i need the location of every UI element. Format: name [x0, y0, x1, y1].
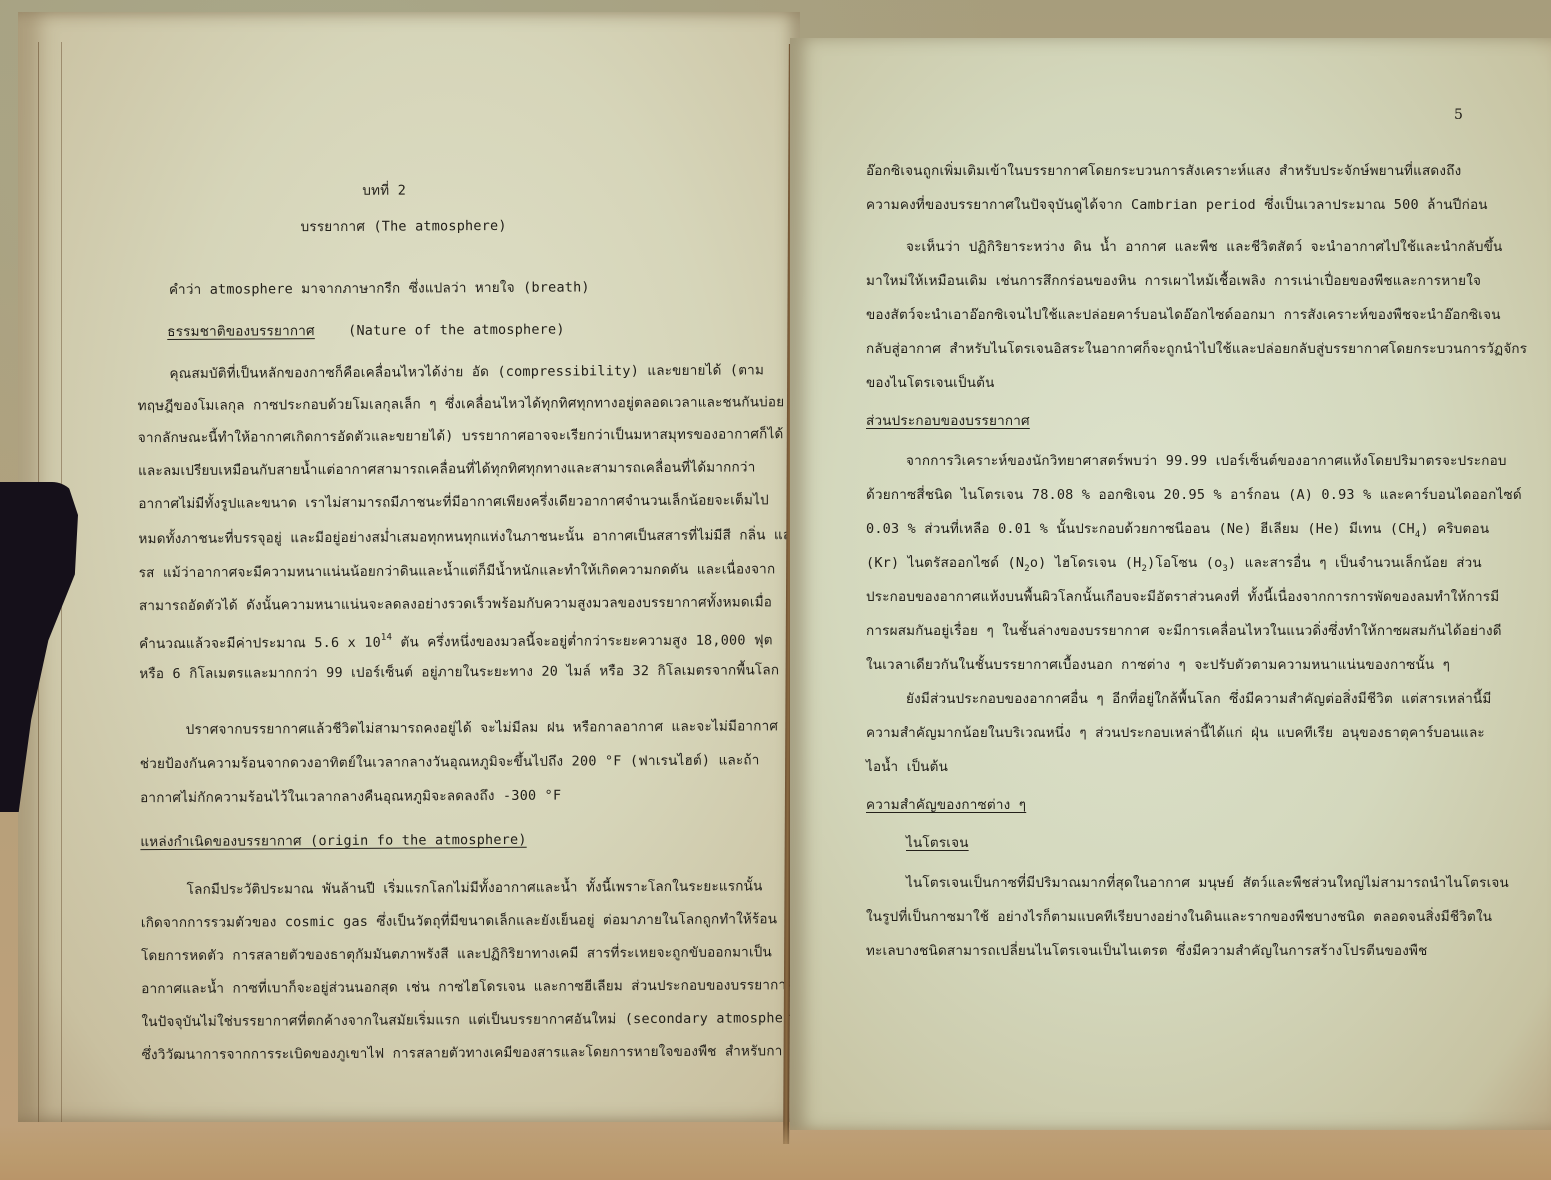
paragraph-line: ช่วยป้องกันความร้อนจากดวงอาทิตย์ในเวลากล… — [140, 751, 760, 773]
paragraph-line: ทฤษฎีของโมเลกุล กาซประกอบด้วยโมเลกุลเล็ก… — [138, 393, 785, 415]
paragraph-line: ไนโตรเจนเป็นกาซที่มีปริมาณมากที่สุดในอาก… — [906, 874, 1509, 892]
gas-text: )โอโซน (o — [1147, 555, 1222, 571]
paragraph-line: การผสมกันอยู่เรื่อย ๆ ในชั้นล่างของบรรยา… — [866, 622, 1502, 640]
chapter-title: บรรยากาศ (The atmosphere) — [301, 217, 507, 236]
left-page: บทที่ 2 บรรยากาศ (The atmosphere) คำว่า … — [18, 12, 800, 1122]
paragraph-line: ด้วยกาซสี่ชนิด ไนโตรเจน 78.08 % ออกซิเจน… — [866, 486, 1522, 504]
paragraph-line: มาใหม่ให้เหมือนเดิม เช่นการสึกกร่อนของหิ… — [866, 272, 1481, 290]
paragraph-line: ไอน้ำ เป็นต้น — [866, 758, 948, 776]
paragraph-line: คุณสมบัติที่เป็นหลักของกาซก็คือเคลื่อนไห… — [169, 361, 764, 383]
paragraph-line: กลับสู่อากาศ สำหรับไนโตรเจนอิสระในอากาศก… — [866, 340, 1527, 358]
paragraph-line: หมดทั้งภาชนะที่บรรจุอยู่ และมีอยู่อย่างส… — [138, 526, 798, 548]
gas-text: ) และสารอื่น ๆ เป็นจำนวนเล็กน้อย ส่วน — [1228, 555, 1482, 571]
bottom-shadow — [0, 1124, 1551, 1180]
section-heading-composition: ส่วนประกอบของบรรยากาศ — [866, 412, 1030, 430]
paragraph-line: ในปัจจุบันไม่ใช่บรรยากาศที่ตกค้างจากในสม… — [141, 1009, 799, 1031]
paragraph-line: สามารถอัดตัวได้ ดังนั้นความหนาแน่นจะลดลง… — [139, 593, 772, 615]
paragraph-line: ความสำคัญมากน้อยในบริเวณหนึ่ง ๆ ส่วนประก… — [866, 724, 1485, 742]
paragraph-line: ปราศจากบรรยากาศแล้วชีวิตไม่สามารถคงอยู่ไ… — [186, 717, 779, 739]
right-page: 5 อ๊อกซิเจนถูกเพิ่มเติมเข้าในบรรยากาศโดย… — [790, 38, 1551, 1130]
right-page-content: 5 อ๊อกซิเจนถูกเพิ่มเติมเข้าในบรรยากาศโดย… — [790, 38, 1551, 1130]
intro-line: คำว่า atmosphere มาจากภาษากรีก ซึ่งแปลว่… — [169, 278, 590, 299]
gas-line-text: 0.03 % ส่วนที่เหลือ 0.01 % นั้นประกอบด้ว… — [866, 521, 1415, 537]
left-page-content: บทที่ 2 บรรยากาศ (The atmosphere) คำว่า … — [15, 9, 804, 1124]
paragraph-line: จากลักษณะนี้ทำให้อากาศเกิดการอัดตัวและขย… — [138, 425, 784, 447]
paragraph-line: เกิดจากการรวมตัวของ cosmic gas ซึ่งเป็นว… — [141, 910, 777, 932]
section-heading-english: (Nature of the atmosphere) — [348, 322, 565, 339]
section-heading-origin: แหล่งกำเนิดของบรรยากาศ (origin fo the at… — [140, 831, 526, 851]
gas-line-text-after: ) คริบตอน — [1420, 521, 1489, 537]
paragraph-line: และลมเปรียบเหมือนกับสายน้ำแต่อากาศสามารถ… — [138, 458, 755, 480]
paragraph-line: ยังมีส่วนประกอบของอากาศอื่น ๆ อีกที่อยู่… — [906, 690, 1492, 708]
chapter-label: บทที่ 2 — [362, 182, 406, 200]
mass-line-text-after: ตัน ครึ่งหนึ่งของมวลนี้จะอยู่ต่ำกว่าระยะ… — [392, 632, 773, 650]
paragraph-line: ของสัตว์จะนำเอาอ๊อกซิเจนไปใช้และปล่อยคาร… — [866, 306, 1501, 324]
section-heading-nature: ธรรมชาติของบรรยากาศ (Nature of the atmos… — [167, 321, 565, 341]
gas-composition-line: 0.03 % ส่วนที่เหลือ 0.01 % นั้นประกอบด้ว… — [866, 520, 1489, 544]
paragraph-line: โดยการหดตัว การสลายตัวของธาตุกัมมันตภาพร… — [141, 943, 772, 965]
section-heading-thai: ธรรมชาติของบรรยากาศ — [167, 323, 315, 340]
paragraph-line: ความคงที่ของบรรยากาศในปัจจุบันดูได้จาก C… — [866, 196, 1488, 214]
mass-line-text: คำนวณแล้วจะมีค่าประมาณ 5.6 x 10 — [139, 635, 381, 652]
paragraph-line: อากาศไม่กักความร้อนไว้ในเวลากลางคืนอุณหภ… — [140, 787, 561, 808]
paragraph-line: ทะเลบางชนิดสามารถเปลี่ยนไนโตรเจนเป็นไนเต… — [866, 942, 1428, 960]
page-number: 5 — [1454, 106, 1463, 124]
paragraph-line: อากาศและน้ำ กาซที่เบาก็จะอยู่ส่วนนอกสุด … — [141, 976, 795, 998]
mass-exponent: 14 — [381, 633, 392, 643]
paragraph-line: หรือ 6 กิโลเมตรและมากกว่า 99 เปอร์เซ็นต์… — [139, 661, 779, 683]
section-heading-importance: ความสำคัญของกาซต่าง ๆ — [866, 796, 1026, 814]
paragraph-line: ในเวลาเดียวกันในชั้นบรรยากาศเบื้องนอก กา… — [866, 656, 1450, 674]
paragraph-line: ของไนโตรเจนเป็นต้น — [866, 374, 995, 392]
paragraph-line: รส แม้ว่าอากาศจะมีความหนาแน่นน้อยกว่าดิน… — [139, 560, 776, 582]
paragraph-line: ซึ่งวิวัฒนาการจากการระเบิดของภูเขาไฟ การ… — [142, 1042, 783, 1064]
paragraph-line: จากการวิเคราะห์ของนักวิทยาศาสตร์พบว่า 99… — [906, 452, 1507, 470]
mass-estimate-line: คำนวณแล้วจะมีค่าประมาณ 5.6 x 1014 ตัน คร… — [139, 626, 773, 653]
paragraph-line: ในรูปที่เป็นกาซมาใช้ อย่างไรก็ตามแบคทีเร… — [866, 908, 1492, 926]
paragraph-line: โลกมีประวัติประมาณ พันล้านปี เริ่มแรกโลก… — [187, 877, 763, 899]
gas-text: (Kr) ไนตรัสออกไซด์ (N — [866, 555, 1024, 571]
gas-composition-line-2: (Kr) ไนตรัสออกไซด์ (N2o) ไฮโดรเจน (H2)โอ… — [866, 554, 1482, 578]
paragraph-line: อากาศไม่มีทั้งรูปและขนาด เราไม่สามารถมีภ… — [138, 491, 769, 513]
subheading-nitrogen: ไนโตรเจน — [906, 834, 969, 852]
paragraph-line: อ๊อกซิเจนถูกเพิ่มเติมเข้าในบรรยากาศโดยกร… — [866, 162, 1461, 180]
gas-text: o) ไฮโดรเจน (H — [1030, 555, 1142, 571]
paragraph-line: จะเห็นว่า ปฏิกิริยาระหว่าง ดิน น้ำ อากาศ… — [906, 238, 1503, 256]
paragraph-line: ประกอบของอากาศแห้งบนพื้นผิวโลกนั้นเกือบจ… — [866, 588, 1499, 606]
